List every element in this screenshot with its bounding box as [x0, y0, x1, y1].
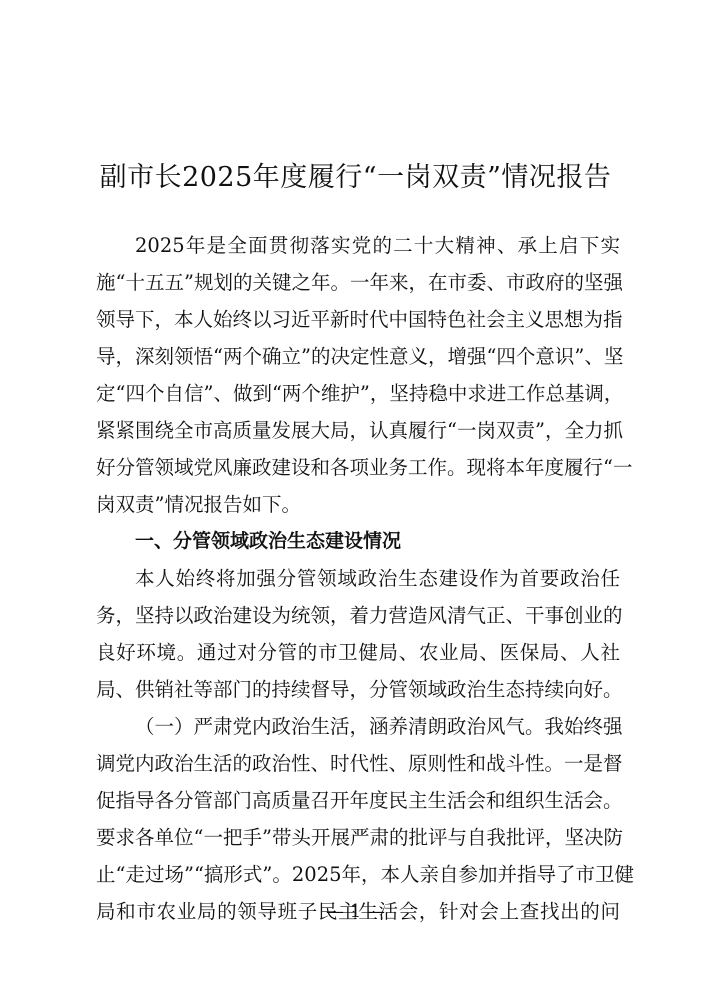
subsection-line: （一）严肃党内政治生活，涵养清朗政治风气。我始终强 — [96, 708, 620, 745]
paragraph-line: 良好环境。通过对分管的市卫健局、农业局、医保局、人社 — [96, 634, 620, 671]
paragraph-line: 2025年是全面贯彻落实党的二十大精神、承上启下实 — [96, 227, 620, 264]
paragraph-line: 要求各单位“一把手”带头开展严肃的批评与自我批评，坚决防 — [96, 819, 620, 856]
paragraph-line: 局、供销社等部门的持续督导，分管领域政治生态持续向好。 — [96, 671, 620, 708]
paragraph-line: 领导下，本人始终以习近平新时代中国特色社会主义思想为指 — [96, 301, 620, 338]
paragraph-line: 促指导各分管部门高质量召开年度民主生活会和组织生活会。 — [96, 782, 620, 819]
document-body: 2025年是全面贯彻落实党的二十大精神、承上启下实 施“十五五”规划的关键之年。… — [96, 227, 620, 930]
paragraph-line: 好分管领域党风廉政建设和各项业务工作。现将本年度履行“一 — [96, 449, 620, 486]
section-heading: 一、分管领域政治生态建设情况 — [96, 523, 620, 560]
page-number: — 1 — — [0, 898, 711, 926]
paragraph-line: 岗双责”情况报告如下。 — [96, 486, 620, 523]
document-title: 副市长2025年度履行“一岗双责”情况报告 — [0, 158, 711, 198]
paragraph-line: 务，坚持以政治建设为统领，着力营造风清气正、干事创业的 — [96, 597, 620, 634]
paragraph-line: 施“十五五”规划的关键之年。一年来，在市委、市政府的坚强 — [96, 264, 620, 301]
paragraph-line: 定“四个自信”、做到“两个维护”，坚持稳中求进工作总基调， — [96, 375, 620, 412]
paragraph-line: 本人始终将加强分管领域政治生态建设作为首要政治任 — [96, 560, 620, 597]
paragraph-line: 导，深刻领悟“两个确立”的决定性意义，增强“四个意识”、坚 — [96, 338, 620, 375]
paragraph-line: 调党内政治生活的政治性、时代性、原则性和战斗性。一是督 — [96, 745, 620, 782]
paragraph-line: 紧紧围绕全市高质量发展大局，认真履行“一岗双责”，全力抓 — [96, 412, 620, 449]
document-page: 副市长2025年度履行“一岗双责”情况报告 2025年是全面贯彻落实党的二十大精… — [0, 0, 711, 1006]
paragraph-line: 止“走过场”“搞形式”。2025年，本人亲自参加并指导了市卫健 — [96, 856, 620, 893]
